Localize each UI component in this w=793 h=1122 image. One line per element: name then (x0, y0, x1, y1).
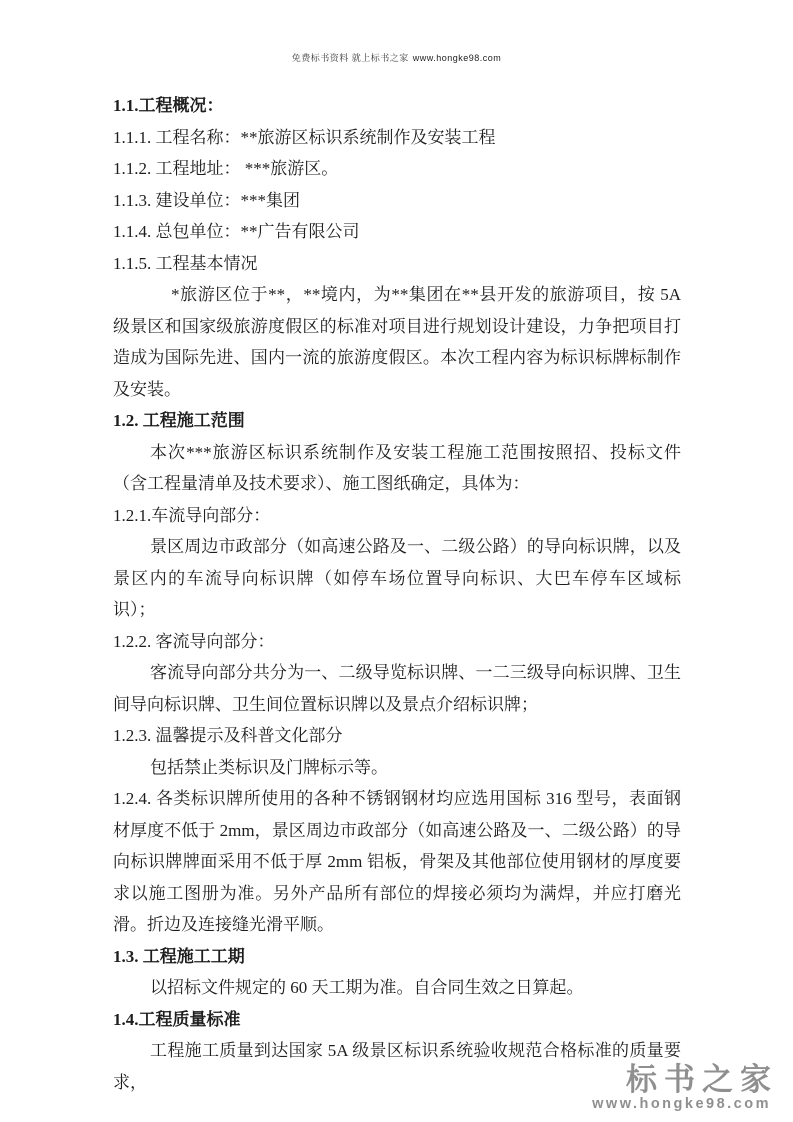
brand-name-watermark: 标书之家 (592, 1065, 778, 1095)
list-item-1-1-1: 1.1.1. 工程名称：**旅游区标识系统制作及安装工程 (113, 122, 681, 154)
header-watermark-text: 免费标书资料 就上标书之家 (292, 53, 409, 63)
footer-brand-watermark: 标书之家 www.hongke98.com (592, 1065, 771, 1112)
document-page: 免费标书资料 就上标书之家www.hongke98.com 1.1.工程概况： … (0, 0, 793, 1122)
section-heading-1-4: 1.4.工程质量标准 (113, 1004, 681, 1036)
list-item-1-2-2: 1.2.2. 客流导向部分： (113, 626, 681, 658)
header-watermark-url: www.hongke98.com (413, 53, 502, 63)
section-heading-1-1: 1.1.工程概况： (113, 90, 681, 122)
paragraph-vehicle-guidance: 景区周边市政部分（如高速公路及一、二级公路）的导向标识牌，以及景区内的车流导向标… (113, 531, 681, 626)
list-item-1-2-3: 1.2.3. 温馨提示及科普文化部分 (113, 720, 681, 752)
list-item-1-1-4: 1.1.4. 总包单位：**广告有限公司 (113, 216, 681, 248)
paragraph-scope-intro: 本次***旅游区标识系统制作及安装工程施工范围按照招、投标文件（含工程量清单及技… (113, 437, 681, 500)
brand-url-watermark: www.hongke98.com (592, 1096, 771, 1112)
paragraph-construction-period: 以招标文件规定的 60 天工期为准。自合同生效之日算起。 (113, 972, 681, 1004)
page-header-watermark: 免费标书资料 就上标书之家www.hongke98.com (0, 51, 793, 64)
document-body: 1.1.工程概况： 1.1.1. 工程名称：**旅游区标识系统制作及安装工程 1… (113, 90, 681, 1098)
paragraph-project-overview: *旅游区位于**，**境内，为**集团在**县开发的旅游项目，按 5A 级景区和… (113, 279, 681, 405)
list-item-1-1-5: 1.1.5. 工程基本情况 (113, 248, 681, 280)
section-heading-1-3: 1.3. 工程施工工期 (113, 941, 681, 973)
paragraph-visitor-guidance: 客流导向部分共分为一、二级导览标识牌、一二三级导向标识牌、卫生间导向标识牌、卫生… (113, 657, 681, 720)
paragraph-tips-culture: 包括禁止类标识及门牌标示等。 (113, 752, 681, 784)
list-item-1-2-1: 1.2.1.车流导向部分： (113, 500, 681, 532)
section-heading-1-2: 1.2. 工程施工范围 (113, 405, 681, 437)
list-item-1-1-2: 1.1.2. 工程地址： ***旅游区。 (113, 153, 681, 185)
paragraph-1-2-4-materials: 1.2.4. 各类标识牌所使用的各种不锈钢钢材均应选用国标 316 型号，表面钢… (113, 783, 681, 941)
list-item-1-1-3: 1.1.3. 建设单位：***集团 (113, 185, 681, 217)
